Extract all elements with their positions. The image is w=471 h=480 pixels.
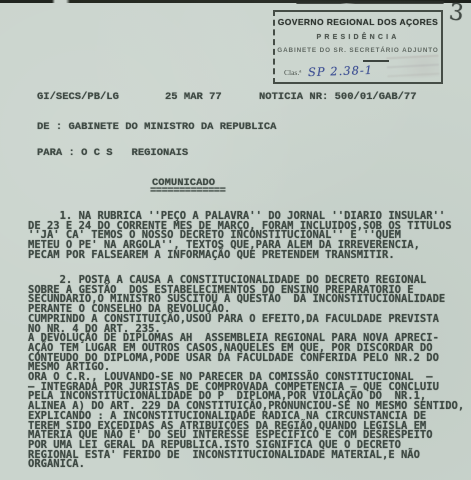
stamp-office-line: GABINETE DO SR. SECRETÁRIO ADJUNTO [275, 47, 441, 54]
scanned-document-page: 3 GOVERNO REGIONAL DOS AÇORES PRESIDÊNCI… [0, 0, 471, 480]
handwritten-page-number: 3 [447, 0, 465, 27]
handwritten-classification-value: SP 2.38-1 [308, 63, 374, 79]
stamp-dept-line: PRESIDÊNCIA [275, 34, 441, 41]
classification-label: Clas.ª [284, 68, 301, 77]
stamp-rule [363, 60, 389, 62]
to-line: PARA : O C S REGIONAIS [37, 149, 188, 159]
from-line: DE : GABINETE DO MINISTRO DA REPUBLICA [37, 123, 276, 133]
header-reference-code: GI/SECS/PB/LG [37, 93, 119, 103]
header-noticia-number: NOTICIA NR: 500/01/GAB/77 [259, 93, 417, 103]
body-paragraph-2: 2. POSTA A CAUSA A CONSTITUCIONALIDADE D… [28, 276, 464, 470]
faint-date-stamp [386, 55, 439, 80]
body-paragraph-1: 1. NA RUBRICA ''PEÇO A PALAVRA'' DO JORN… [28, 212, 452, 261]
scan-artifact-top-edge-segment [296, 1, 444, 4]
stamp-org-line: GOVERNO REGIONAL DOS AÇORES [275, 17, 441, 27]
header-date: 25 MAR 77 [165, 93, 222, 103]
document-title-underline: ============= [150, 187, 225, 197]
office-stamp: GOVERNO REGIONAL DOS AÇORES PRESIDÊNCIA … [273, 10, 443, 84]
